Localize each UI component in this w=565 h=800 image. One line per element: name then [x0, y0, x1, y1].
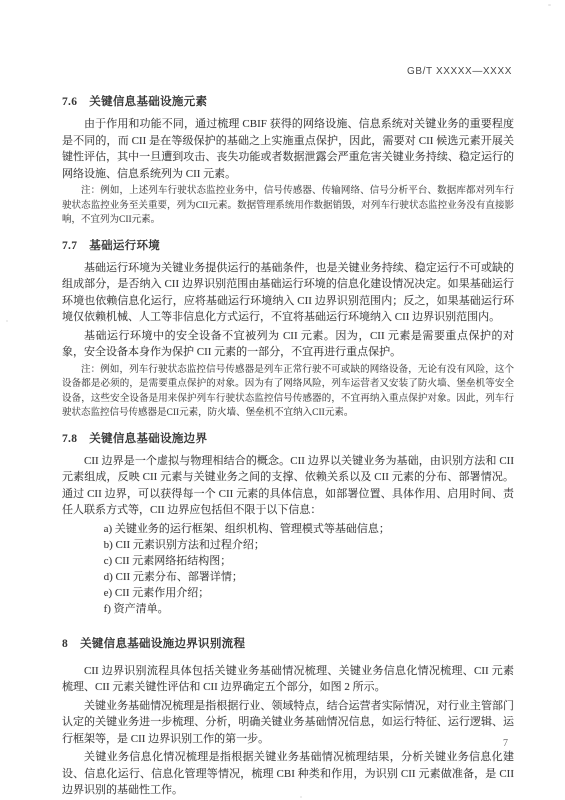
section-8-heading: 8关键信息基础设施边界识别流程 [62, 637, 514, 651]
section-7-7-paragraph-1: 基础运行环境为关键业务提供运行的基础条件，也是关键业务持续、稳定运行不可或缺的组… [62, 260, 514, 326]
section-title: 基础运行环境 [89, 240, 160, 252]
list-item: e) CII 元素作用介绍； [104, 585, 514, 601]
section-8-paragraph-2: 关键业务基础情况梳理是指根据行业、领域特点，结合运营者实际情况，对行业主管部门认… [62, 698, 514, 748]
boundary-info-list: a) 关键业务的运行框架、组织机构、管理模式等基础信息； b) CII 元素识别… [62, 521, 514, 617]
list-item: a) 关键业务的运行框架、组织机构、管理模式等基础信息； [104, 521, 514, 537]
page-content: 7.6关键信息基础设施元素 由于作用和功能不同，通过梳理 CBIF 获得的网络设… [62, 95, 514, 800]
section-title: 关键信息基础设施边界识别流程 [80, 638, 245, 650]
section-number: 8 [62, 638, 68, 650]
page-number: 7 [503, 738, 508, 749]
section-7-8-paragraph: CII 边界是一个虚拟与物理相结合的概念。CII 边界以关键业务为基础，由识别方… [62, 453, 514, 519]
list-item: c) CII 元素网络拓结构图； [104, 553, 514, 569]
scan-speckle [6, 320, 8, 322]
list-item: f) 资产清单。 [104, 601, 514, 617]
section-number: 7.7 [62, 240, 77, 252]
list-item: d) CII 元素分布、部署详情； [104, 569, 514, 585]
section-7-7-note: 注：例如，列车行驶状态监控信号传感器是列车正常行驶不可或缺的网络设备，无论有没有… [62, 363, 514, 421]
section-7-7-heading: 7.7基础运行环境 [62, 239, 514, 253]
section-8-paragraph-1: CII 边界识别流程具体包括关键业务基础情况梳理、关键业务信息化情况梳理、CII… [62, 663, 514, 696]
section-number: 7.6 [62, 96, 77, 108]
section-7-8-heading: 7.8关键信息基础设施边界 [62, 432, 514, 446]
section-7-6-heading: 7.6关键信息基础设施元素 [62, 95, 514, 109]
section-title: 关键信息基础设施边界 [89, 433, 207, 445]
section-7-6-paragraph: 由于作用和功能不同，通过梳理 CBIF 获得的网络设施、信息系统对关键业务的重要… [62, 116, 514, 182]
document-page: GB/T XXXXX—XXXX 7.6关键信息基础设施元素 由于作用和功能不同，… [0, 0, 565, 800]
section-7-7-paragraph-2: 基础运行环境中的安全设备不宜被列为 CII 元素。因为，CII 元素是需要重点保… [62, 328, 514, 361]
section-7-6-note: 注：例如，上述列车行驶状态监控业务中，信号传感器、传输网络、信号分析平台、数据库… [62, 184, 514, 228]
section-title: 关键信息基础设施元素 [89, 96, 207, 108]
scan-speckle [548, 4, 551, 6]
list-item: b) CII 元素识别方法和过程介绍； [104, 537, 514, 553]
section-8-paragraph-3: 关键业务信息化情况梳理是指根据关键业务基础情况梳理结果，分析关键业务信息化建设、… [62, 749, 514, 799]
section-number: 7.8 [62, 433, 77, 445]
document-reference-number: GB/T XXXXX—XXXX [407, 66, 512, 77]
